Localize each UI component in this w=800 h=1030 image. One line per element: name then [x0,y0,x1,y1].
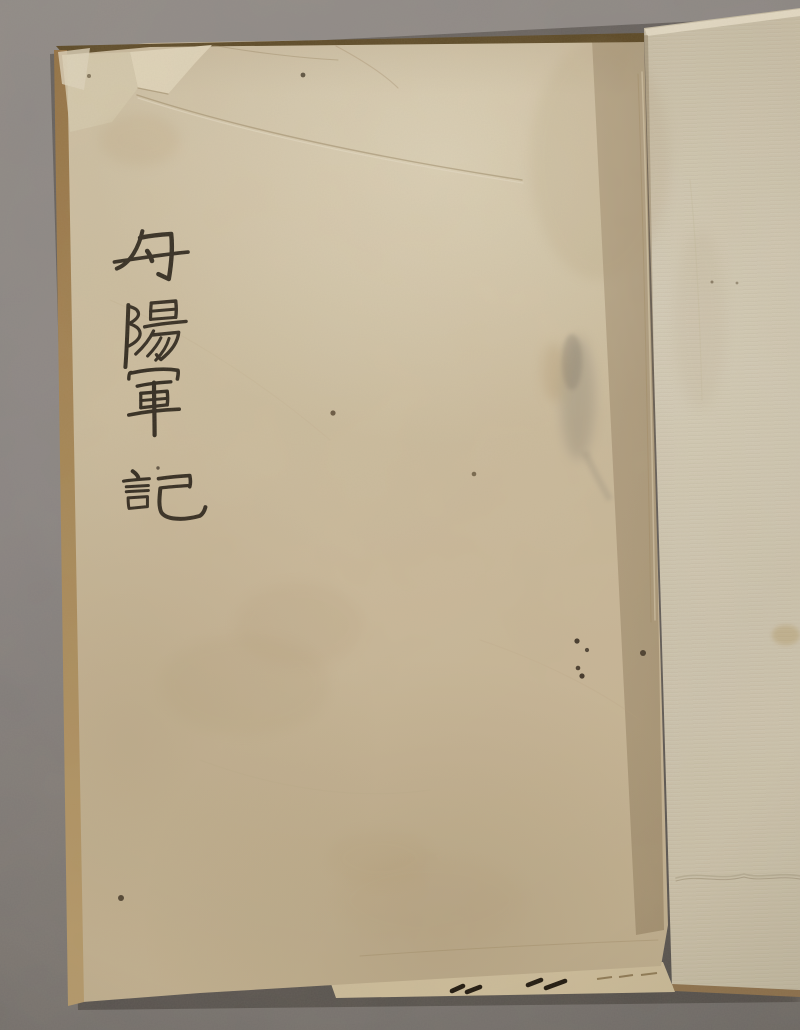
photo-vignette [0,0,800,1030]
photograph: 丹 陽 軍 記 [0,0,800,1030]
